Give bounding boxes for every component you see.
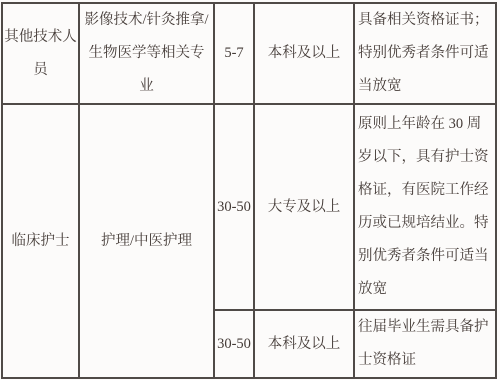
cell-requirements: 原则上年龄在 30 周岁以下，具有护士资格证，有医院工作经历或已规培结业。特别优… [354,104,496,310]
cell-education: 本科及以上 [254,3,354,104]
recruitment-table-screenshot: 其他技术人员 影像技术/针灸推拿/生物医学等相关专业 5-7 本科及以上 具备相… [0,0,500,380]
cell-education: 本科及以上 [254,310,354,378]
cell-category: 临床护士 [2,104,79,378]
cell-major: 影像技术/针灸推拿/生物医学等相关专业 [79,3,214,104]
recruitment-table: 其他技术人员 影像技术/针灸推拿/生物医学等相关专业 5-7 本科及以上 具备相… [1,2,497,379]
table-row: 其他技术人员 影像技术/针灸推拿/生物医学等相关专业 5-7 本科及以上 具备相… [2,3,496,104]
cell-education: 大专及以上 [254,104,354,310]
cell-category: 其他技术人员 [2,3,79,104]
cell-major: 护理/中医护理 [79,104,214,378]
cell-count: 5-7 [214,3,254,104]
cell-count: 30-50 [214,104,254,310]
cell-count: 30-50 [214,310,254,378]
cell-requirements: 往届毕业生需具备护士资格证 [354,310,496,378]
cell-requirements: 具备相关资格证书；特别优秀者条件可适当放宽 [354,3,496,104]
table-row: 临床护士 护理/中医护理 30-50 大专及以上 原则上年龄在 30 周岁以下，… [2,104,496,310]
